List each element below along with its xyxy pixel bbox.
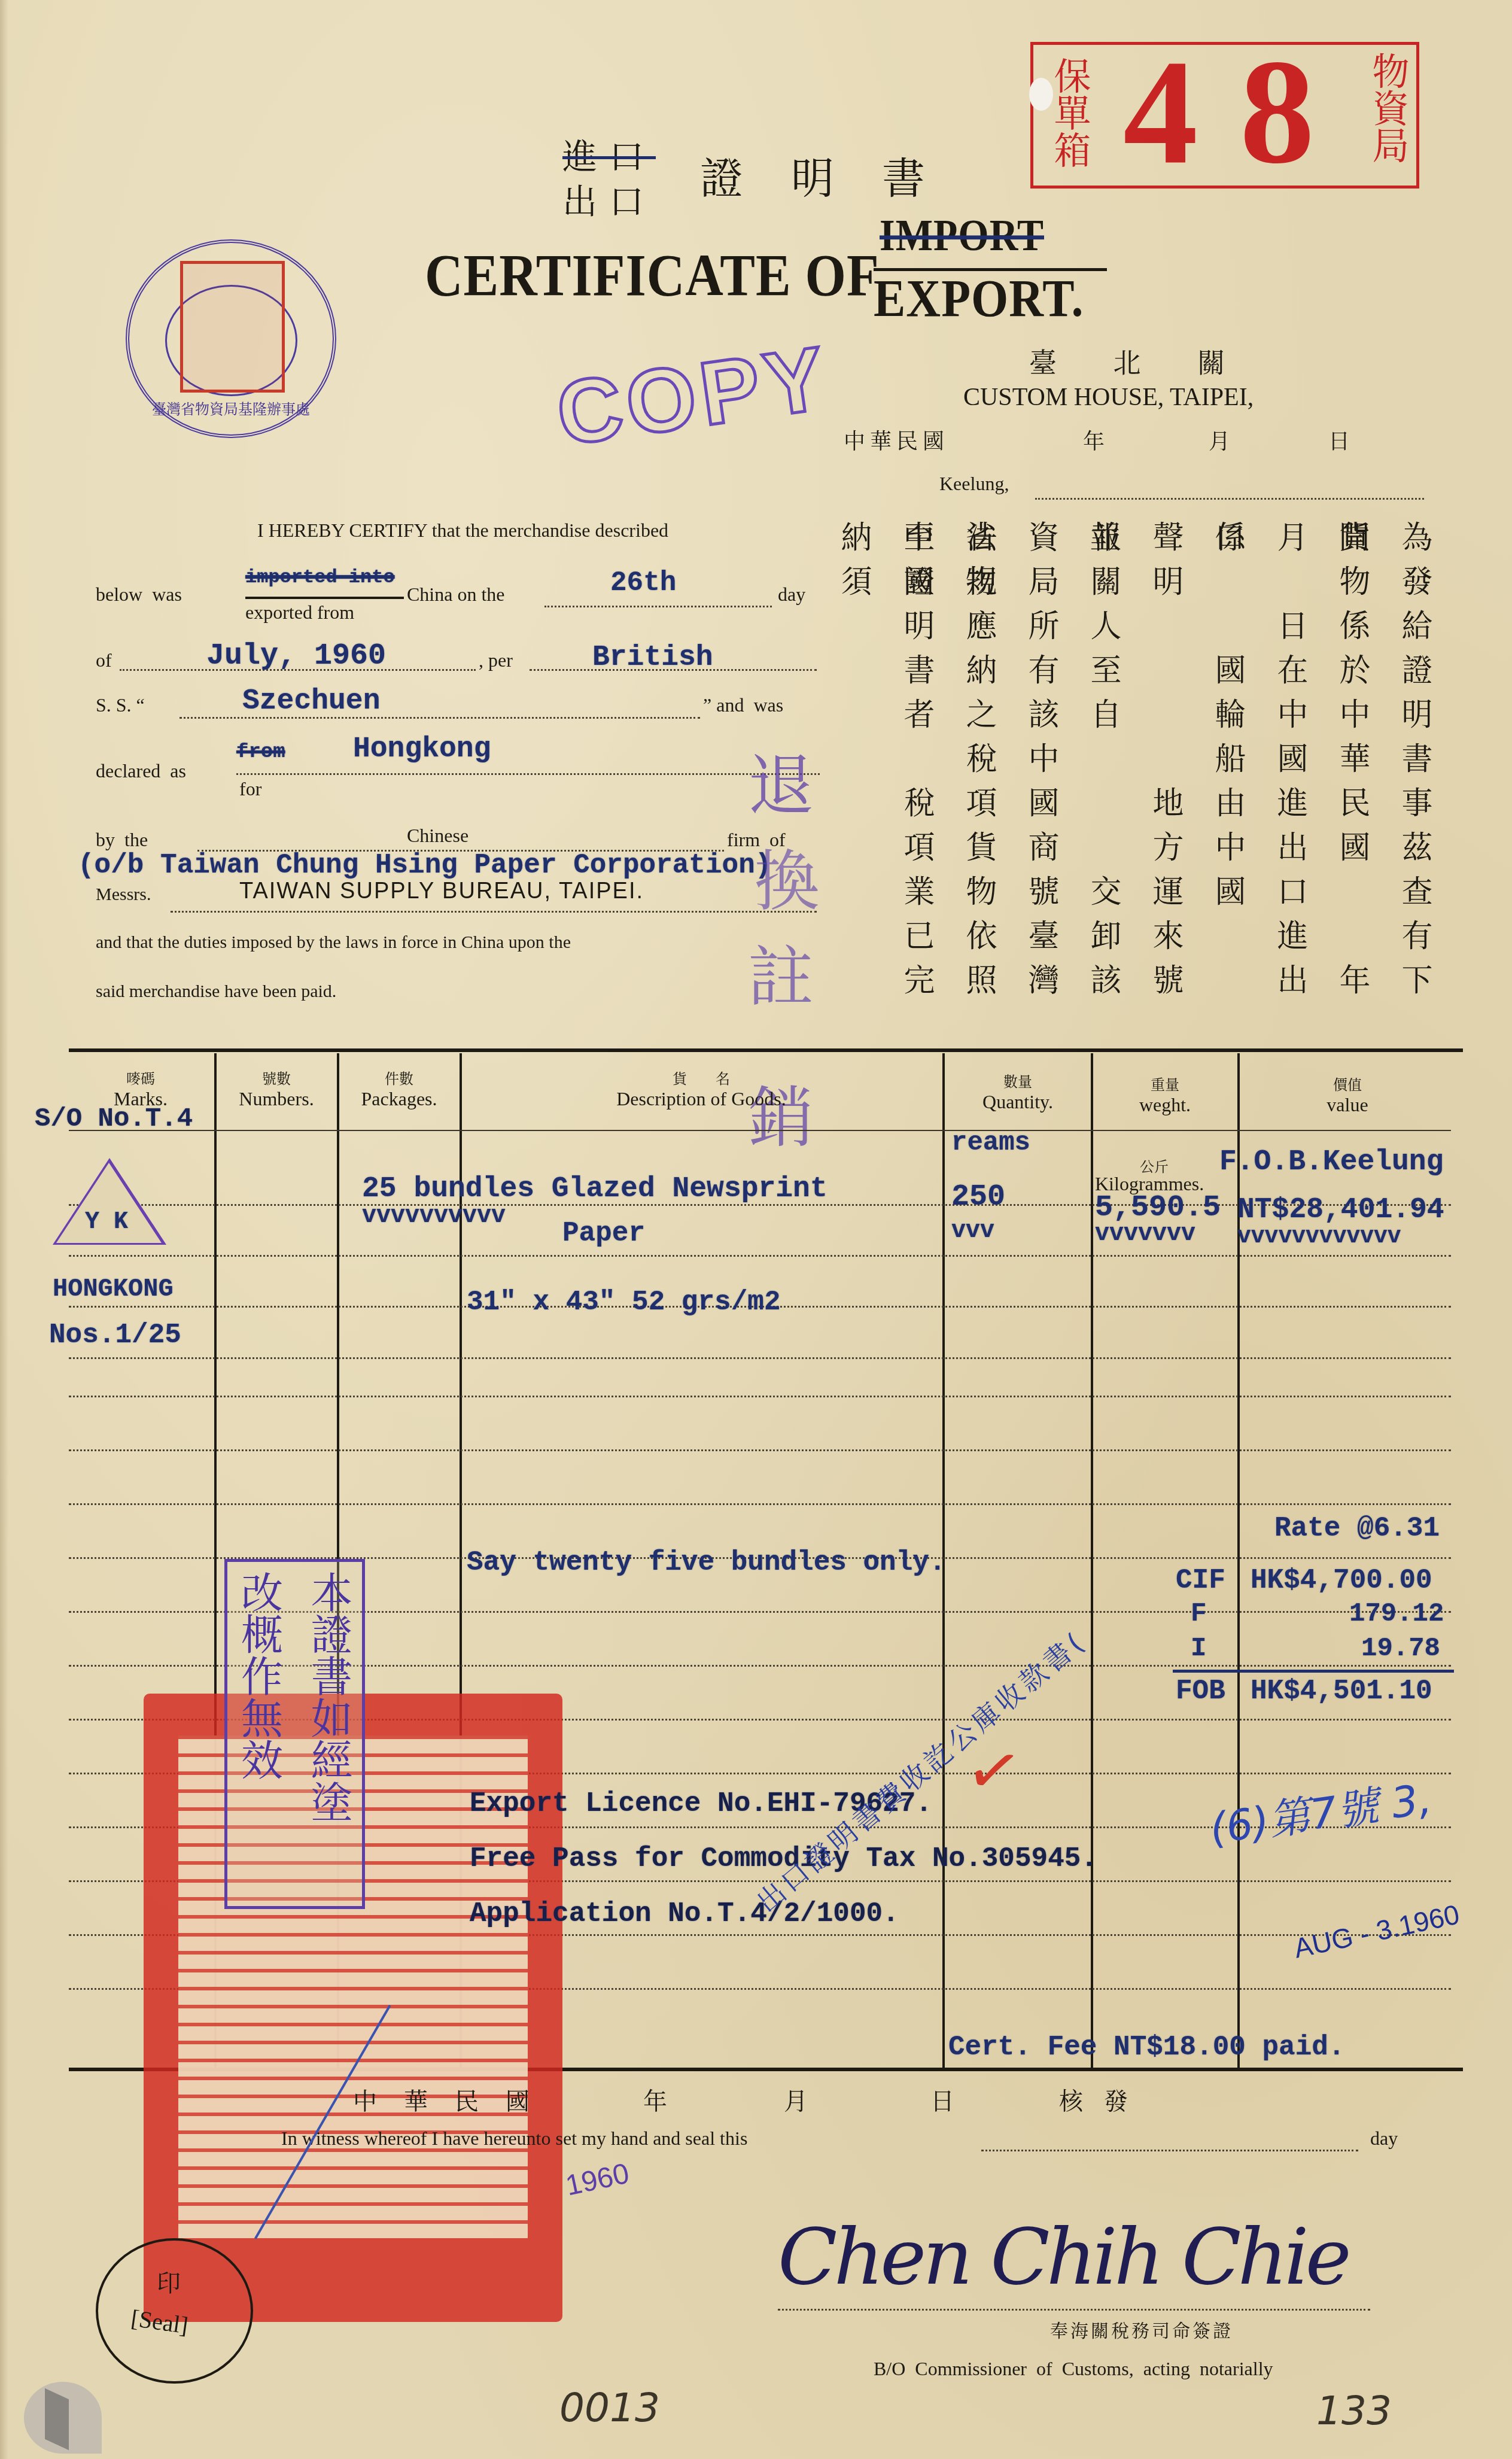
footer-hua: 華 [404, 2083, 428, 2117]
desc-line-1: 25 bundles Glazed Newsprint [362, 1173, 828, 1205]
weight-underline: vvvvvvv [1095, 1221, 1195, 1248]
header-date-year: 年 [1083, 425, 1105, 455]
page-number-left: 0013 [559, 2385, 660, 2431]
certify-intro: I HEREBY CERTIFY that the merchandise de… [257, 519, 668, 542]
footer-day: 日 [930, 2083, 954, 2117]
decl-col-4: 係 國輪船由中國 [1195, 521, 1258, 919]
duties-line-1: and that the duties imposed by the laws … [96, 932, 571, 953]
china-on-the-label: China on the [407, 583, 505, 606]
exchange-rate: Rate @6.31 [1274, 1513, 1440, 1544]
header-date-roc: 中華民國 [844, 425, 949, 455]
footer-zhong: 中 [353, 2083, 377, 2117]
exported-from-label: exported from [245, 601, 354, 624]
value-amount: NT$28,401.94 [1237, 1194, 1444, 1226]
handwritten-reference: (6)第7號 3, [1206, 1765, 1435, 1856]
bureau-circle-seal: 臺灣省物資局基隆辦事處 [126, 239, 336, 438]
quantity-unit: reams [951, 1128, 1030, 1158]
row-line [69, 1449, 1451, 1451]
cif-amount: HK$4,700.00 [1251, 1565, 1432, 1596]
received-date-stamp: AUG - 3.1960 [1291, 1898, 1462, 1964]
box-stamp-right-text: 物資局 [1368, 52, 1407, 163]
signature-line [778, 2309, 1370, 2311]
imported-exported-rule [245, 597, 404, 599]
per-label: , per [479, 649, 513, 671]
red-square-chop [180, 261, 285, 393]
signer-en: B/O Commissioner of Customs, acting nota… [874, 2358, 1273, 2380]
footer-year: 年 [643, 2083, 667, 2117]
struck-imported-into: imported into [245, 566, 395, 588]
insurance-label: I [1191, 1634, 1206, 1664]
nationality-value: British [592, 642, 713, 674]
seal-ring-text: 臺灣省物資局基隆辦事處 [141, 397, 321, 418]
footer-month: 月 [784, 2083, 808, 2117]
footer-min: 民 [455, 2083, 479, 2117]
box-stamp-number: 48 [1123, 38, 1356, 187]
title-zh-rest: 證明書 [700, 144, 973, 206]
freight-amount: 179.12 [1349, 1599, 1444, 1629]
value-terms: F.O.B.Keelung [1219, 1146, 1443, 1178]
marks-order-no: S/O No.T.4 [35, 1104, 193, 1134]
row-line [69, 1255, 1451, 1257]
ship-name-value: Szechuen [242, 685, 380, 718]
row-line [69, 1357, 1451, 1359]
fob-label: FOB [1176, 1676, 1225, 1707]
by-the-label: by the [96, 829, 148, 851]
decl-col-6: 報關人至自 交卸該 [1071, 521, 1134, 1008]
decl-col-2: 貨物係於中華民國 年 [1320, 521, 1383, 1008]
marks-port: HONGKONG [53, 1275, 174, 1303]
day-value: 26th [610, 567, 676, 598]
row-line [69, 1396, 1451, 1397]
header-date-row: 中華民國 年 月 日 [844, 425, 1382, 455]
ss-label: S. S. “ [96, 694, 145, 716]
col-header-packages: 件數 Packages. [339, 1071, 459, 1110]
firm-nationality: Chinese [407, 825, 468, 847]
witness-text: In witness whereof I have hereunto set m… [281, 2127, 747, 2150]
for-label: for [239, 778, 261, 800]
year-stamp: 1960 [562, 2157, 632, 2203]
box-stamp-left-text: 保單箱 [1050, 57, 1089, 168]
weight-value: 5,590.5 [1095, 1191, 1221, 1225]
desc-say-total: Say twenty five bundles only. [467, 1547, 946, 1578]
title-en-main: CERTIFICATE OF [425, 242, 880, 310]
desc-line-3: 31" x 43" 52 grs/m2 [467, 1287, 781, 1318]
day-line [544, 606, 772, 607]
cancel-stamp-2: 換 [754, 829, 820, 923]
table-header-rule [69, 1130, 1451, 1131]
footer-date-roc: 中 華 民 國 年 月 日 核 發 [353, 2083, 1251, 2118]
header-date-day: 日 [1328, 425, 1350, 455]
correction-stamp-col-1: 本證書如經塗 [306, 1571, 351, 1822]
duties-line-2: said merchandise have been paid. [96, 981, 336, 1002]
decl-col-9: 至證明書者 稅項業已完納須 [822, 521, 947, 1035]
col-header-numbers: 號數 Numbers. [217, 1071, 336, 1110]
month-year-value: July, 1960 [206, 639, 386, 673]
copy-stamp: COPY [550, 326, 836, 466]
firm-on-behalf: (o/b Taiwan Chung Hsing Paper Corporatio… [78, 850, 771, 881]
signer-zh: 奉海關稅務司命簽證 [1050, 2316, 1233, 2342]
col-header-value: 價值 value [1240, 1077, 1455, 1115]
freight-label: F [1191, 1599, 1206, 1629]
header-date-month: 月 [1209, 425, 1230, 455]
office-en: CUSTOM HOUSE, TAIPEI, [963, 383, 1254, 412]
below-was-label: below was [96, 583, 182, 606]
application-note: Application No.T.4/2/1000. [470, 1898, 899, 1929]
col-header-description: 貨 名 Description of Goods. [462, 1071, 941, 1110]
messrs-line [171, 911, 817, 913]
footer-fa: 發 [1104, 2083, 1128, 2117]
page-number-right: 133 [1316, 2388, 1392, 2434]
place-date-line [1035, 498, 1424, 500]
cancel-stamp-3: 註 [748, 925, 814, 1019]
triangle-mark-text: Y K [85, 1209, 128, 1236]
footer-guo: 國 [506, 2083, 530, 2117]
seal-placeholder: 印 [Seal] [96, 2238, 253, 2384]
total-rule [1173, 1670, 1454, 1673]
destination-value: Hongkong [353, 733, 491, 765]
row-line [69, 1503, 1451, 1505]
signature: Chen Chih Chie [778, 2211, 1348, 2302]
title-en-export: EXPORT. [874, 268, 1084, 329]
seal-en: [Seal] [129, 2304, 190, 2340]
witness-day-label: day [1370, 2127, 1398, 2150]
seal-zh: 印 [157, 2265, 181, 2299]
from-struck: from [236, 741, 285, 764]
title-zh-import-struck: 進口 [562, 129, 656, 179]
desc-line-2: Paper [562, 1218, 645, 1249]
quantity-value: 250 [951, 1180, 1005, 1214]
place-label: Keelung, [939, 473, 1009, 495]
quantity-underline: vvv [951, 1218, 994, 1245]
archive-book-shape [45, 2388, 69, 2451]
archive-logo-icon [24, 2382, 102, 2454]
fob-amount: HK$4,501.10 [1251, 1676, 1432, 1707]
day-label: day [778, 583, 805, 606]
cancel-stamp-1: 退 [748, 733, 814, 828]
office-zh: 臺 北 關 [1029, 341, 1249, 381]
marks-nos: Nos.1/25 [49, 1320, 181, 1351]
declared-as-label: declared as [96, 760, 186, 782]
footer-he: 核 [1059, 2083, 1083, 2117]
punch-hole [1029, 78, 1053, 111]
messrs-label: Messrs. [96, 884, 151, 905]
title-zh-export: 出口 [562, 174, 656, 224]
chinese-declaration: 為發給證明書事茲查有下開 貨物係於中華民國 年 月 日在中國進出口進出口 係 國… [895, 521, 1445, 1035]
box-number-stamp: 保單箱 48 物資局 [1030, 42, 1419, 189]
cif-label: CIF [1176, 1565, 1225, 1596]
messrs-value: TAIWAN SUPPLY BUREAU, TAIPEI. [239, 879, 644, 904]
witness-day-line [981, 2150, 1358, 2151]
insurance-amount: 19.78 [1361, 1634, 1440, 1664]
of-label: of [96, 649, 112, 671]
col-header-quantity: 數量 Quantity. [945, 1074, 1091, 1113]
value-underline: vvvvvvvvvvvv [1237, 1224, 1401, 1250]
col-header-weight: 重量 weght. [1093, 1077, 1237, 1115]
title-en-import-struck: IMPORT [880, 211, 1044, 262]
correction-stamp-col-2: 改概作無效 [236, 1571, 281, 1780]
destination-line [236, 773, 820, 775]
desc-line-1-underline: vvvvvvvvvv [362, 1203, 506, 1230]
table-top-rule [69, 1048, 1463, 1052]
correction-stamp: 本證書如經塗 改概作無效 [224, 1559, 365, 1909]
paper-edge [0, 0, 8, 2459]
cert-fee: Cert. Fee NT$18.00 paid. [948, 2032, 1345, 2063]
and-was-label: ” and was [703, 694, 783, 716]
col-line-5 [1091, 1053, 1093, 2071]
